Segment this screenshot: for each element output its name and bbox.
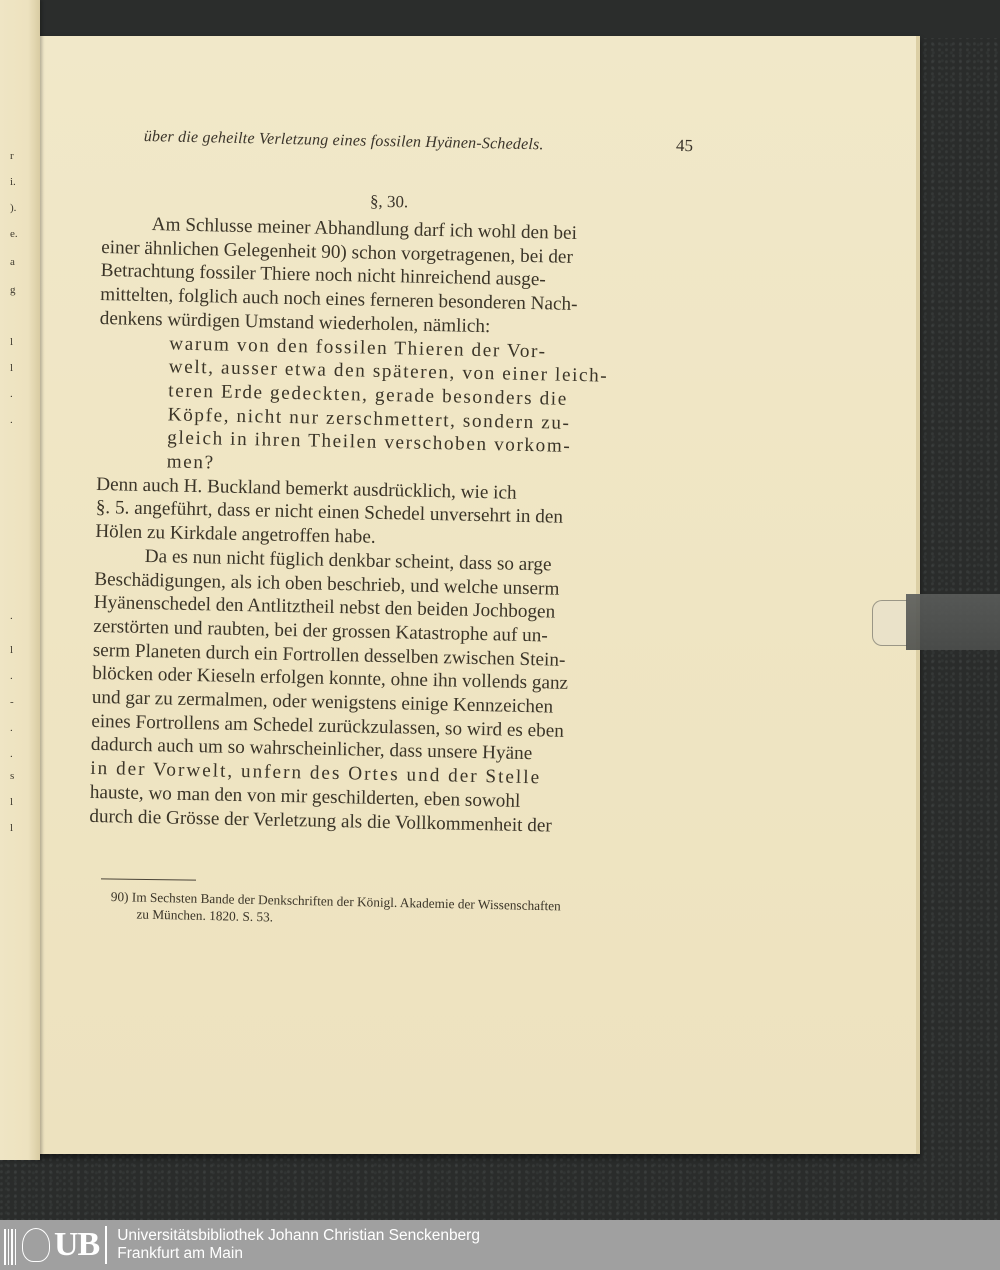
library-name: Universitätsbibliothek Johann Christian … xyxy=(117,1227,480,1263)
margin-char: . xyxy=(10,610,13,622)
margin-char: i. xyxy=(10,176,16,188)
previous-page-edge: r i. ). e. a g l l . . . l . - . . s l l xyxy=(0,0,40,1160)
library-name-line1: Universitätsbibliothek Johann Christian … xyxy=(117,1227,480,1245)
margin-char: - xyxy=(10,696,14,708)
book-page: über die geheilte Verletzung eines fossi… xyxy=(36,36,920,1154)
margin-char: l xyxy=(10,336,13,348)
book-cover-top xyxy=(0,0,1000,38)
section-heading: §, 30. xyxy=(370,192,409,213)
margin-char: ). xyxy=(10,202,16,214)
margin-char: . xyxy=(10,414,13,426)
portrait-icon xyxy=(22,1228,50,1262)
margin-char: . xyxy=(10,388,13,400)
library-name-line2: Frankfurt am Main xyxy=(117,1245,480,1263)
margin-char: l xyxy=(10,644,13,656)
bookmark-tab xyxy=(872,594,1000,644)
margin-char: . xyxy=(10,722,13,734)
ub-logo-text: UB xyxy=(54,1226,107,1264)
bookmark-clip xyxy=(872,600,907,646)
block-quote: warum von den fossilen Thieren der Vor- … xyxy=(97,330,690,485)
page-number: 45 xyxy=(676,136,693,156)
ub-logo[interactable]: UB xyxy=(4,1225,107,1265)
paragraph-3: Da es nun nicht füglich denkbar scheint,… xyxy=(89,544,685,841)
footnote-divider xyxy=(101,878,196,880)
margin-char: s xyxy=(10,770,14,782)
previous-page-margin-text: r i. ). e. a g l l . . . l . - . . s l l xyxy=(0,0,40,1160)
library-footer-bar: UB Universitätsbibliothek Johann Christi… xyxy=(0,1220,1000,1270)
margin-char: r xyxy=(10,150,14,162)
columns-icon xyxy=(4,1225,18,1265)
margin-char: . xyxy=(10,670,13,682)
margin-char: l xyxy=(10,822,13,834)
body-text: Am Schlusse meiner Abhandlung darf ich w… xyxy=(89,212,692,841)
margin-char: g xyxy=(10,284,16,296)
margin-char: e. xyxy=(10,228,18,240)
running-head: über die geheilte Verletzung eines fossi… xyxy=(144,128,704,158)
margin-char: l xyxy=(10,362,13,374)
margin-char: l xyxy=(10,796,13,808)
paragraph-2: Denn auch H. Buckland bemerkt ausdrückli… xyxy=(95,473,686,556)
paragraph-1: Am Schlusse meiner Abhandlung darf ich w… xyxy=(100,212,692,343)
footnote: 90) Im Sechsten Bande der Denkschriften … xyxy=(110,888,671,934)
margin-char: a xyxy=(10,256,15,268)
bookmark-strip xyxy=(906,594,1000,650)
margin-char: . xyxy=(10,748,13,760)
